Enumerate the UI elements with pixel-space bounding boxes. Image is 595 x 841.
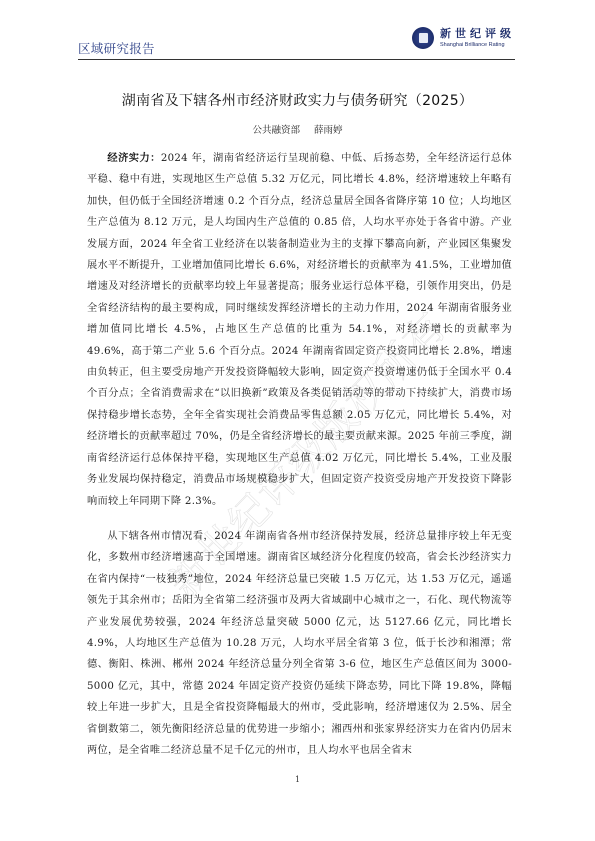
company-logo: 新世纪评级 Shanghai Brilliance Rating	[412, 22, 515, 54]
paragraph-text: 2024 年，湖南省经济运行呈现前稳、中低、后扬态势，全年经济运行总体平稳、稳中…	[87, 153, 512, 507]
paragraph-prefecture-overview: 从下辖各州市情况看，2024 年湖南省各州市经济保持发展，经济总量排序较上年无变…	[87, 526, 512, 761]
paragraph-text: 从下辖各州市情况看，2024 年湖南省各州市经济保持发展，经济总量排序较上年无变…	[87, 531, 512, 756]
header-divider	[78, 59, 515, 60]
report-category-label: 区域研究报告	[78, 39, 155, 57]
author-line: 公共融资部薛雨婷	[0, 122, 595, 136]
paragraph-economic-strength: 经济实力：2024 年，湖南省经济运行呈现前稳、中低、后扬态势，全年经济运行总体…	[87, 148, 512, 512]
page-header: 区域研究报告 新世纪评级 Shanghai Brilliance Rating	[78, 22, 515, 60]
seal-logo-icon	[412, 27, 434, 49]
document-title: 湖南省及下辖各州市经济财政实力与债务研究（2025）	[0, 90, 595, 110]
author-name: 薛雨婷	[314, 125, 343, 136]
logo-name-en: Shanghai Brilliance Rating	[440, 41, 515, 49]
logo-name-cn: 新世纪评级	[440, 27, 515, 41]
paragraph-lead: 经济实力：	[107, 152, 160, 164]
department: 公共融资部	[252, 125, 300, 136]
page-number: 1	[0, 775, 595, 784]
